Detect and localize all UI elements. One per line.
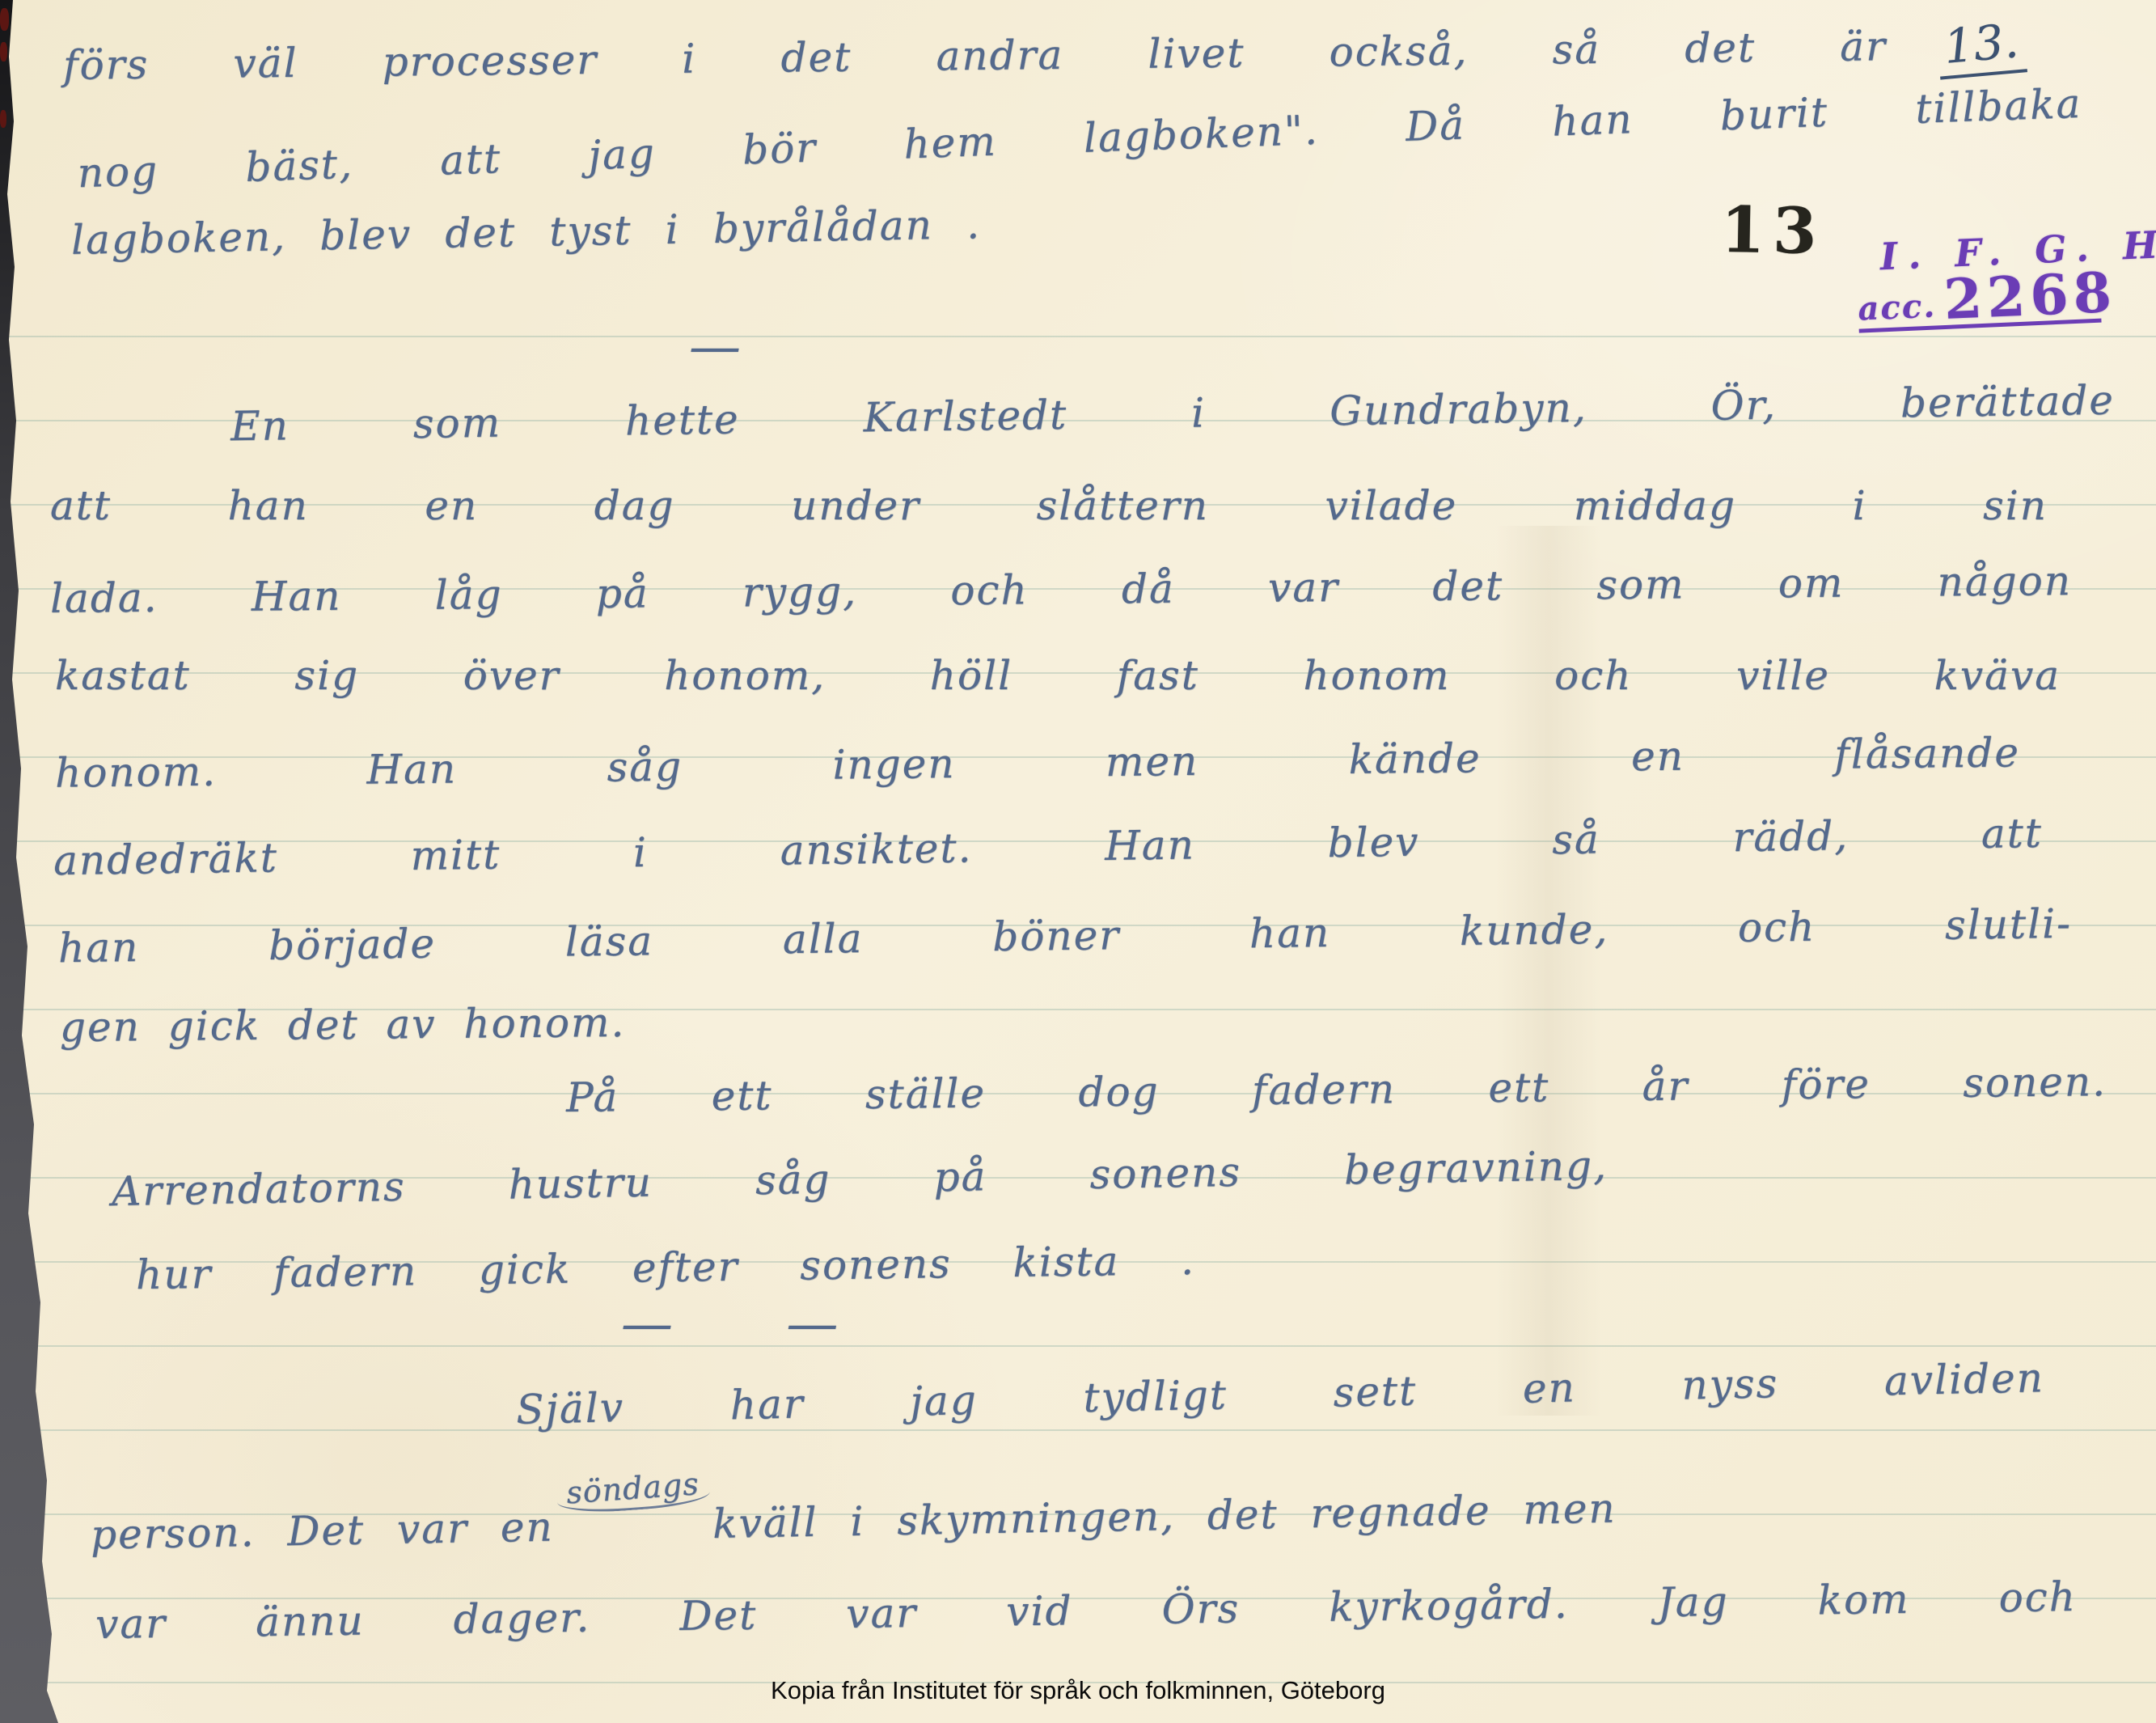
manuscript-line: nog bäst, att jag bör hem lagboken". Då … <box>77 80 2083 197</box>
footer-caption: Kopia från Institutet för språk och folk… <box>0 1676 2156 1705</box>
manuscript-line: förs väl processer i det andra livet ock… <box>63 23 1887 89</box>
manuscript-line: att han en dag under slåttern vilade mid… <box>50 482 2048 529</box>
manuscript-line: kastat sig över honom, höll fast honom o… <box>55 652 2061 699</box>
page-number-ink: 13. <box>1935 12 2027 79</box>
ink-speck <box>0 110 6 128</box>
accession-label: acc. <box>1858 286 1938 328</box>
line-text-before: person. Det var en <box>91 1503 554 1558</box>
archive-stamp: I. F. G. H. acc. 2268 <box>1879 222 2156 332</box>
manuscript-scan-page: förs väl processer i det andra livet ock… <box>0 0 2156 1723</box>
section-divider: — — <box>621 1294 886 1354</box>
archive-stamp-accession: acc. 2268 <box>1857 271 2101 333</box>
section-divider: — <box>689 317 741 377</box>
manuscript-line: lagboken, blev det tyst i byrålådan . <box>71 201 982 264</box>
accession-number: 2268 <box>1943 270 2118 324</box>
manuscript-line: gen gick det av honom. <box>60 999 626 1051</box>
ink-speck <box>0 8 9 31</box>
ink-speck <box>0 42 7 61</box>
page-number-stamp: 13 <box>1720 193 1825 269</box>
